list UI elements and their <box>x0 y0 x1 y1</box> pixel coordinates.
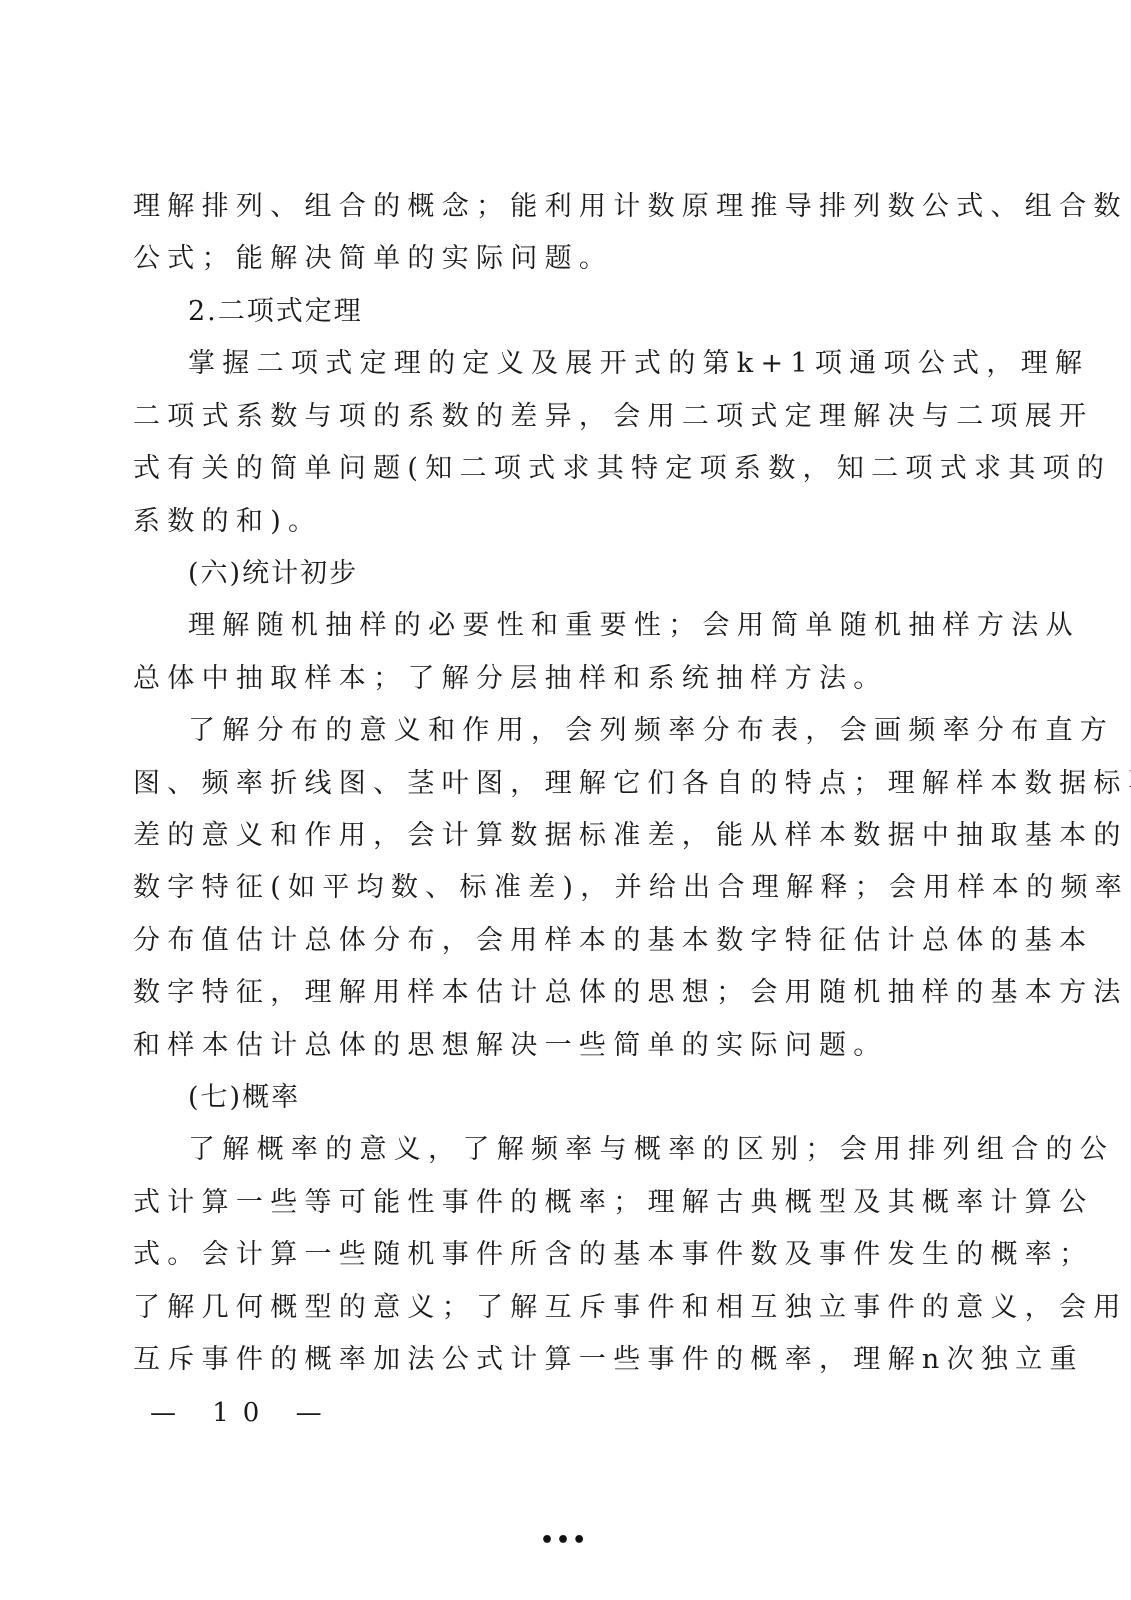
paragraph-line: 了解几何概型的意义；了解互斥事件和相互独立事件的意义，会用 <box>133 1291 948 1325</box>
paragraph-line: 差的意义和作用，会计算数据标准差，能从样本数据中抽取基本的 <box>133 819 948 853</box>
paragraph-line: 数字特征，理解用样本估计总体的思想；会用随机抽样的基本方法 <box>133 976 948 1010</box>
paragraph-line: 互斥事件的概率加法公式计算一些事件的概率，理解n次独立重 <box>133 1343 948 1377</box>
paragraph-line: 公式；能解决简单的实际问题。 <box>133 242 948 276</box>
paragraph-line: 分布值估计总体分布，会用样本的基本数字特征估计总体的基本 <box>133 924 948 958</box>
paragraph-line: 和样本估计总体的思想解决一些简单的实际问题。 <box>133 1029 948 1063</box>
paragraph-line: 式计算一些等可能性事件的概率；理解古典概型及其概率计算公 <box>133 1186 948 1220</box>
section-heading-probability: (七)概率 <box>188 1081 300 1115</box>
paragraph-line: 图、频率折线图、茎叶图，理解它们各自的特点；理解样本数据标准 <box>133 767 948 801</box>
page-number: — 10 — <box>150 1396 336 1430</box>
paragraph-line: 二项式系数与项的系数的差异，会用二项式定理解决与二项展开 <box>133 400 948 434</box>
paragraph-line: 了解概率的意义，了解频率与概率的区别；会用排列组合的公 <box>188 1133 948 1167</box>
paragraph-line: 理解随机抽样的必要性和重要性；会用简单随机抽样方法从 <box>188 609 948 643</box>
paragraph-line: 数字特征(如平均数、标准差)，并给出合理解释；会用样本的频率 <box>133 871 948 905</box>
paragraph-line: 总体中抽取样本；了解分层抽样和系统抽样方法。 <box>133 662 948 696</box>
paragraph-line: 式有关的简单问题(知二项式求其特定项系数，知二项式求其项的 <box>133 452 948 486</box>
paragraph-line: 式。会计算一些随机事件所含的基本事件数及事件发生的概率； <box>133 1238 948 1272</box>
paragraph-line: 掌握二项式定理的定义及展开式的第k+1项通项公式，理解 <box>188 347 948 381</box>
paragraph-line: 了解分布的意义和作用，会列频率分布表，会画频率分布直方 <box>188 714 948 748</box>
document-page: 理解排列、组合的概念；能利用计数原理推导排列数公式、组合数 公式；能解决简单的实… <box>0 0 1131 1600</box>
section-heading-statistics: (六)统计初步 <box>188 557 358 591</box>
more-horizontal-icon[interactable]: ••• <box>540 1530 588 1552</box>
paragraph-line: 系数的和)。 <box>133 505 948 539</box>
section-heading-binomial-theorem: 2.二项式定理 <box>188 295 363 329</box>
paragraph-line: 理解排列、组合的概念；能利用计数原理推导排列数公式、组合数 <box>133 190 948 224</box>
